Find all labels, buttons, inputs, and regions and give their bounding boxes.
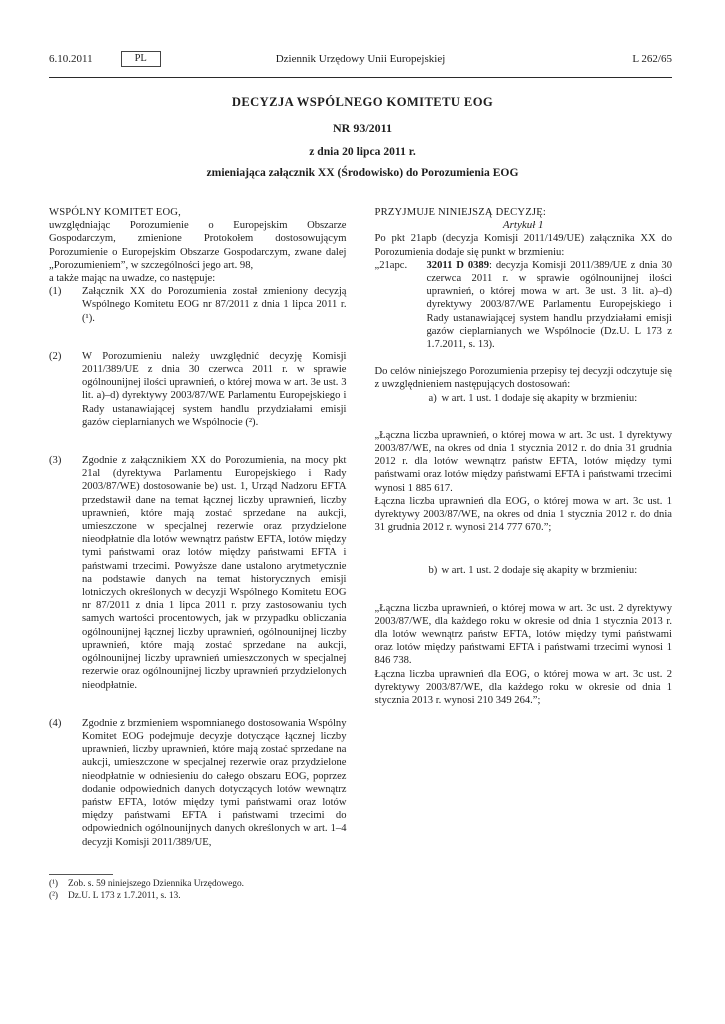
letter-text: w art. 1 ust. 2 dodaje się akapity w brz…: [442, 564, 673, 577]
recital-number: (2): [49, 350, 82, 429]
page-reference: L 262/65: [632, 53, 672, 65]
recital-number: (4): [49, 717, 82, 849]
article-heading: Artykuł 1: [375, 219, 673, 232]
letter-item-a: a) w art. 1 ust. 1 dodaje się akapity w …: [429, 392, 673, 405]
point-description: : decyzja Komisji 2011/389/UE z dnia 30 …: [427, 260, 673, 350]
recital-text: W Porozumieniu należy uwzględnić decyzję…: [82, 350, 347, 429]
article-intro: Po pkt 21apb (decyzja Komisji 2011/149/U…: [375, 232, 673, 258]
recital-text: Zgodnie z załącznikiem XX do Porozumieni…: [82, 454, 347, 692]
footnote-item-1: (¹) Zob. s. 59 niniejszego Dziennika Urz…: [49, 879, 347, 891]
recital-number: (3): [49, 454, 82, 692]
letter-marker: b): [429, 564, 442, 577]
quoted-paragraph-b2: Łączna liczba uprawnień dla EOG, o które…: [375, 668, 673, 708]
committee-opening: WSPÓLNY KOMITET EOG,: [49, 206, 347, 219]
decision-title-block: DECYZJA WSPÓLNEGO KOMITETU EOG NR 93/201…: [0, 95, 725, 179]
recital-item-1: (1) Załącznik XX do Porozumienia został …: [49, 285, 347, 325]
header-row: 6.10.2011 PL Dziennik Urzędowy Unii Euro…: [49, 50, 672, 68]
footnotes-block: (¹) Zob. s. 59 niniejszego Dziennika Urz…: [49, 874, 347, 903]
quoted-paragraph-a2: Łączna liczba uprawnień dla EOG, o które…: [375, 495, 673, 535]
language-badge: PL: [121, 51, 161, 67]
right-column: PRZYJMUJE NINIEJSZĄ DECYZJĘ: Artykuł 1 P…: [375, 206, 673, 902]
point-number: „21apc.: [375, 259, 427, 351]
point-item-21apc: „21apc. 32011 D 0389: decyzja Komisji 20…: [375, 259, 673, 351]
journal-page: 6.10.2011 PL Dziennik Urzędowy Unii Euro…: [0, 0, 725, 1024]
letter-text: w art. 1 ust. 1 dodaje się akapity w brz…: [442, 392, 673, 405]
header-divider: [49, 77, 672, 78]
adaptation-intro: Do celów niniejszego Porozumienia przepi…: [375, 365, 673, 391]
footnote-text: Dz.U. L 173 z 1.7.2011, s. 13.: [68, 891, 181, 903]
decision-date: z dnia 20 lipca 2011 r.: [0, 145, 725, 158]
quoted-paragraph-a1: „Łączna liczba uprawnień, o której mowa …: [375, 429, 673, 495]
recital-item-3: (3) Zgodnie z załącznikiem XX do Porozum…: [49, 454, 347, 692]
document-body: WSPÓLNY KOMITET EOG, uwzględniając Poroz…: [0, 206, 725, 902]
enacting-formula: PRZYJMUJE NINIEJSZĄ DECYZJĘ:: [375, 206, 673, 219]
celex-code: 32011 D 0389: [427, 260, 490, 271]
footnote-item-2: (²) Dz.U. L 173 z 1.7.2011, s. 13.: [49, 891, 347, 903]
footnote-marker: (²): [49, 891, 68, 903]
left-column: WSPÓLNY KOMITET EOG, uwzględniając Poroz…: [49, 206, 347, 902]
page-header: 6.10.2011 PL Dziennik Urzędowy Unii Euro…: [0, 0, 725, 78]
point-text: 32011 D 0389: decyzja Komisji 2011/389/U…: [427, 259, 673, 351]
quoted-paragraph-b1: „Łączna liczba uprawnień, o której mowa …: [375, 602, 673, 668]
recital-item-4: (4) Zgodnie z brzmieniem wspomnianego do…: [49, 717, 347, 849]
decision-number: NR 93/2011: [0, 121, 725, 136]
recital-text: Załącznik XX do Porozumienia został zmie…: [82, 285, 347, 325]
footnote-marker: (¹): [49, 879, 68, 891]
letter-item-b: b) w art. 1 ust. 2 dodaje się akapity w …: [429, 564, 673, 577]
footnote-text: Zob. s. 59 niniejszego Dziennika Urzędow…: [68, 879, 244, 891]
recitals-intro: a także mając na uwadze, co następuje:: [49, 272, 347, 285]
footnote-divider: [49, 874, 113, 875]
decision-subject: zmieniająca załącznik XX (Środowisko) do…: [0, 166, 725, 179]
recital-text: Zgodnie z brzmieniem wspomnianego dostos…: [82, 717, 347, 849]
citation-paragraph: uwzględniając Porozumienie o Europejskim…: [49, 219, 347, 272]
recital-item-2: (2) W Porozumieniu należy uwzględnić dec…: [49, 350, 347, 429]
recital-number: (1): [49, 285, 82, 325]
issue-date: 6.10.2011: [49, 53, 93, 65]
decision-title: DECYZJA WSPÓLNEGO KOMITETU EOG: [0, 95, 725, 110]
letter-marker: a): [429, 392, 442, 405]
